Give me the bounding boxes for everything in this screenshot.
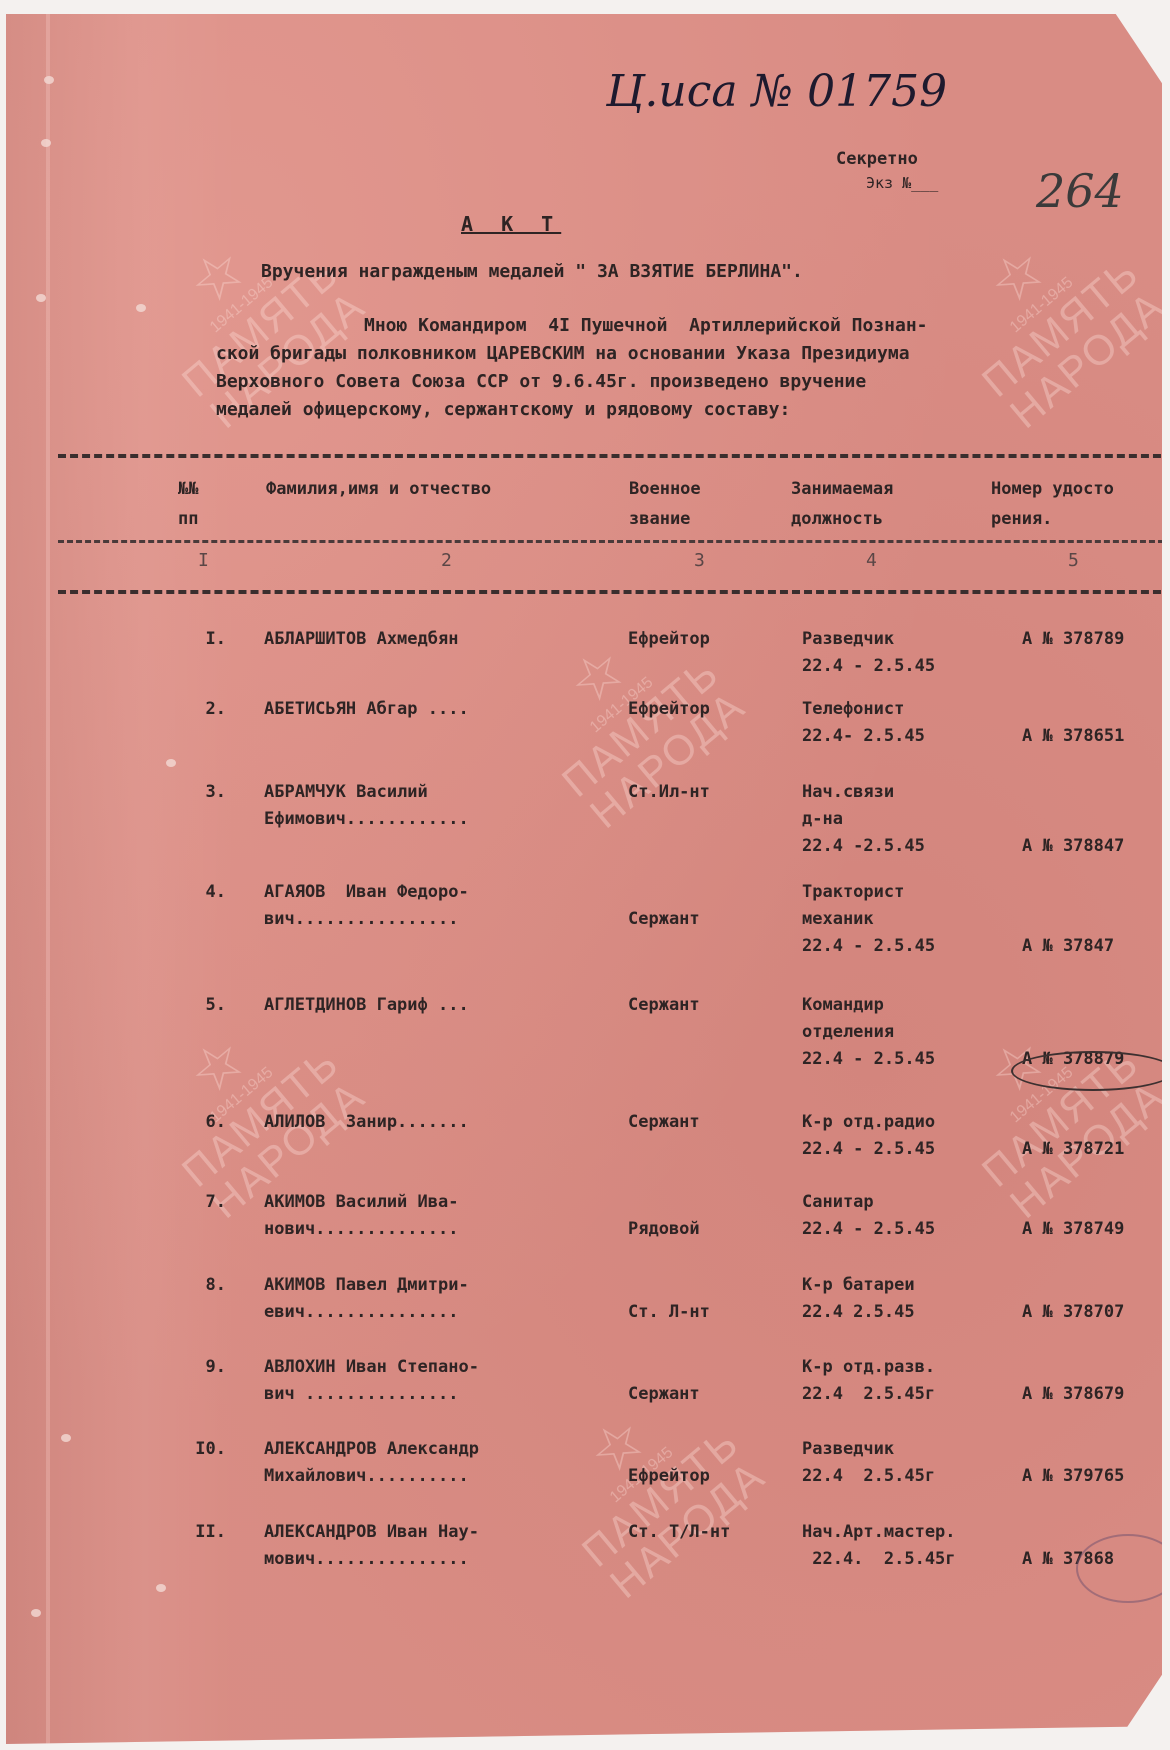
position: 22.4 2.5.45г — [802, 1381, 935, 1408]
position: Командир — [802, 992, 884, 1019]
punch-hole — [41, 139, 51, 147]
position: 22.4 - 2.5.45 — [802, 1046, 935, 1073]
position: Телефонист — [802, 696, 904, 723]
person-name: Ефимович............ — [264, 806, 469, 833]
header-number: №№ пп — [178, 474, 198, 534]
military-rank: Сержант — [628, 906, 700, 933]
position: Тракторист — [802, 879, 904, 906]
row-number: 2. — [186, 696, 226, 723]
person-name: АЛЕКСАНДРОВ Иван Нау- — [264, 1519, 479, 1546]
punch-hole — [31, 1609, 41, 1617]
person-name: АКИМОВ Василий Ива- — [264, 1189, 458, 1216]
table-rule-mid — [58, 540, 1170, 543]
person-name: мович............... — [264, 1546, 469, 1573]
person-name: АБРАМЧУК Василий — [264, 779, 428, 806]
watermark: ☆ 1941-1945 ПАМЯТЬ НАРОДА — [926, 983, 1170, 1227]
position: д-на — [802, 806, 843, 833]
row-number: 5. — [186, 992, 226, 1019]
header-name: Фамилия,имя и отчество — [266, 474, 491, 504]
row-number: 4. — [186, 879, 226, 906]
row-number: 3. — [186, 779, 226, 806]
position: Нач.связи — [802, 779, 894, 806]
person-name: АБЕТИСЬЯН Абгар .... — [264, 696, 469, 723]
person-name: АГАЯОВ Иван Федоро- — [264, 879, 469, 906]
certificate-number: А № 37847 — [1022, 933, 1114, 960]
certificate-number: А № 378707 — [1022, 1299, 1124, 1326]
punch-hole — [166, 759, 176, 767]
document-title: А К Т — [461, 212, 561, 236]
secrecy-label: Секретно — [836, 149, 918, 169]
paper-fold — [46, 14, 50, 1744]
position: 22.4 - 2.5.45 — [802, 653, 935, 680]
position: 22.4 - 2.5.45 — [802, 933, 935, 960]
position: Разведчик — [802, 1436, 894, 1463]
certificate-number: А № 379765 — [1022, 1463, 1124, 1490]
position: 22.4 - 2.5.45 — [802, 1216, 935, 1243]
position: 22.4. 2.5.45г — [802, 1546, 956, 1573]
position: Нач.Арт.мастер. — [802, 1519, 956, 1546]
column-number: I — [198, 550, 209, 571]
certificate-number: А № 378651 — [1022, 723, 1124, 750]
position: К-р отд.радио — [802, 1109, 935, 1136]
document-page: ☆ 1941-1945 ПАМЯТЬ НАРОДА ☆ 1941-1945 ПА… — [6, 14, 1162, 1744]
pen-circle-mark — [1011, 1051, 1170, 1091]
position: 22.4 2.5.45г — [802, 1463, 935, 1490]
intro-line: Верховного Совета Союза ССР от 9.6.45г. … — [216, 368, 1166, 396]
person-name: АВЛОХИН Иван Степано- — [264, 1354, 479, 1381]
column-number: 3 — [694, 550, 705, 571]
person-name: вич................ — [264, 906, 458, 933]
punch-hole — [36, 294, 46, 302]
table-rule-top — [58, 454, 1170, 458]
certificate-number: А № 378721 — [1022, 1136, 1124, 1163]
row-number: 9. — [186, 1354, 226, 1381]
position: 22.4 2.5.45 — [802, 1299, 915, 1326]
table-rule-bottom — [58, 590, 1170, 594]
star-icon: ☆ — [506, 593, 689, 760]
column-number: 5 — [1068, 550, 1079, 571]
person-name: АКИМОВ Павел Дмитри- — [264, 1272, 469, 1299]
handwritten-page-number: 264 — [1036, 164, 1124, 218]
punch-hole — [156, 1584, 166, 1592]
military-rank: Сержант — [628, 1381, 700, 1408]
military-rank: Сержант — [628, 1109, 700, 1136]
person-name: АЛИЛОВ Занир....... — [264, 1109, 469, 1136]
position: отделения — [802, 1019, 894, 1046]
handwritten-archive-ref: Ц.иса № 01759 — [606, 66, 947, 117]
punch-hole — [44, 76, 54, 84]
header-certificate: Номер удосто рения. — [991, 474, 1114, 534]
position: 22.4- 2.5.45 — [802, 723, 925, 750]
position: механик — [802, 906, 874, 933]
row-number: I0. — [186, 1436, 226, 1463]
column-number: 2 — [441, 550, 452, 571]
person-name: АГЛЕТДИНОВ Гариф ... — [264, 992, 469, 1019]
military-rank: Ст. Т/Л-нт — [628, 1519, 730, 1546]
military-rank: Рядовой — [628, 1216, 700, 1243]
intro-line: медалей офицерскому, сержантскому и рядо… — [216, 396, 1166, 424]
position: Санитар — [802, 1189, 874, 1216]
person-name: нович.............. — [264, 1216, 458, 1243]
person-name: АБЛАРШИТОВ Ахмедбян — [264, 626, 458, 653]
military-rank: Ефрейтор — [628, 696, 710, 723]
row-number: I. — [186, 626, 226, 653]
header-rank: Военное звание — [629, 474, 701, 534]
person-name: вич ............... — [264, 1381, 458, 1408]
position: 22.4 - 2.5.45 — [802, 1136, 935, 1163]
intro-line: ской бригады полковником ЦАРЕВСКИМ на ос… — [216, 340, 1166, 368]
row-number: II. — [186, 1519, 226, 1546]
certificate-number: А № 378847 — [1022, 833, 1124, 860]
person-name: Михайлович.......... — [264, 1463, 469, 1490]
person-name: евич............... — [264, 1299, 458, 1326]
row-number: 8. — [186, 1272, 226, 1299]
certificate-number: А № 378749 — [1022, 1216, 1124, 1243]
copy-number-label: Экз №___ — [866, 174, 938, 192]
position: К-р батареи — [802, 1272, 915, 1299]
military-rank: Ефрейтор — [628, 626, 710, 653]
intro-line: Мною Командиром 4I Пушечной Артиллерийск… — [216, 312, 1166, 340]
punch-hole — [61, 1434, 71, 1442]
military-rank: Ефрейтор — [628, 1463, 710, 1490]
row-number: 7. — [186, 1189, 226, 1216]
row-number: 6. — [186, 1109, 226, 1136]
military-rank: Сержант — [628, 992, 700, 1019]
military-rank: Ст.Ил-нт — [628, 779, 710, 806]
position: Разведчик — [802, 626, 894, 653]
military-rank: Ст. Л-нт — [628, 1299, 710, 1326]
certificate-number: А № 378679 — [1022, 1381, 1124, 1408]
position: К-р отд.разв. — [802, 1354, 935, 1381]
column-number: 4 — [866, 550, 877, 571]
position: 22.4 -2.5.45 — [802, 833, 925, 860]
document-subtitle: Вручения награжденым медалей " ЗА ВЗЯТИЕ… — [261, 261, 803, 282]
person-name: АЛЕКСАНДРОВ Александр — [264, 1436, 479, 1463]
ink-stamp — [1076, 1534, 1170, 1603]
intro-paragraph: Мною Командиром 4I Пушечной Артиллерийск… — [216, 312, 1166, 424]
header-position: Занимаемая должность — [791, 474, 893, 534]
certificate-number: А № 378789 — [1022, 626, 1124, 653]
punch-hole — [136, 304, 146, 312]
